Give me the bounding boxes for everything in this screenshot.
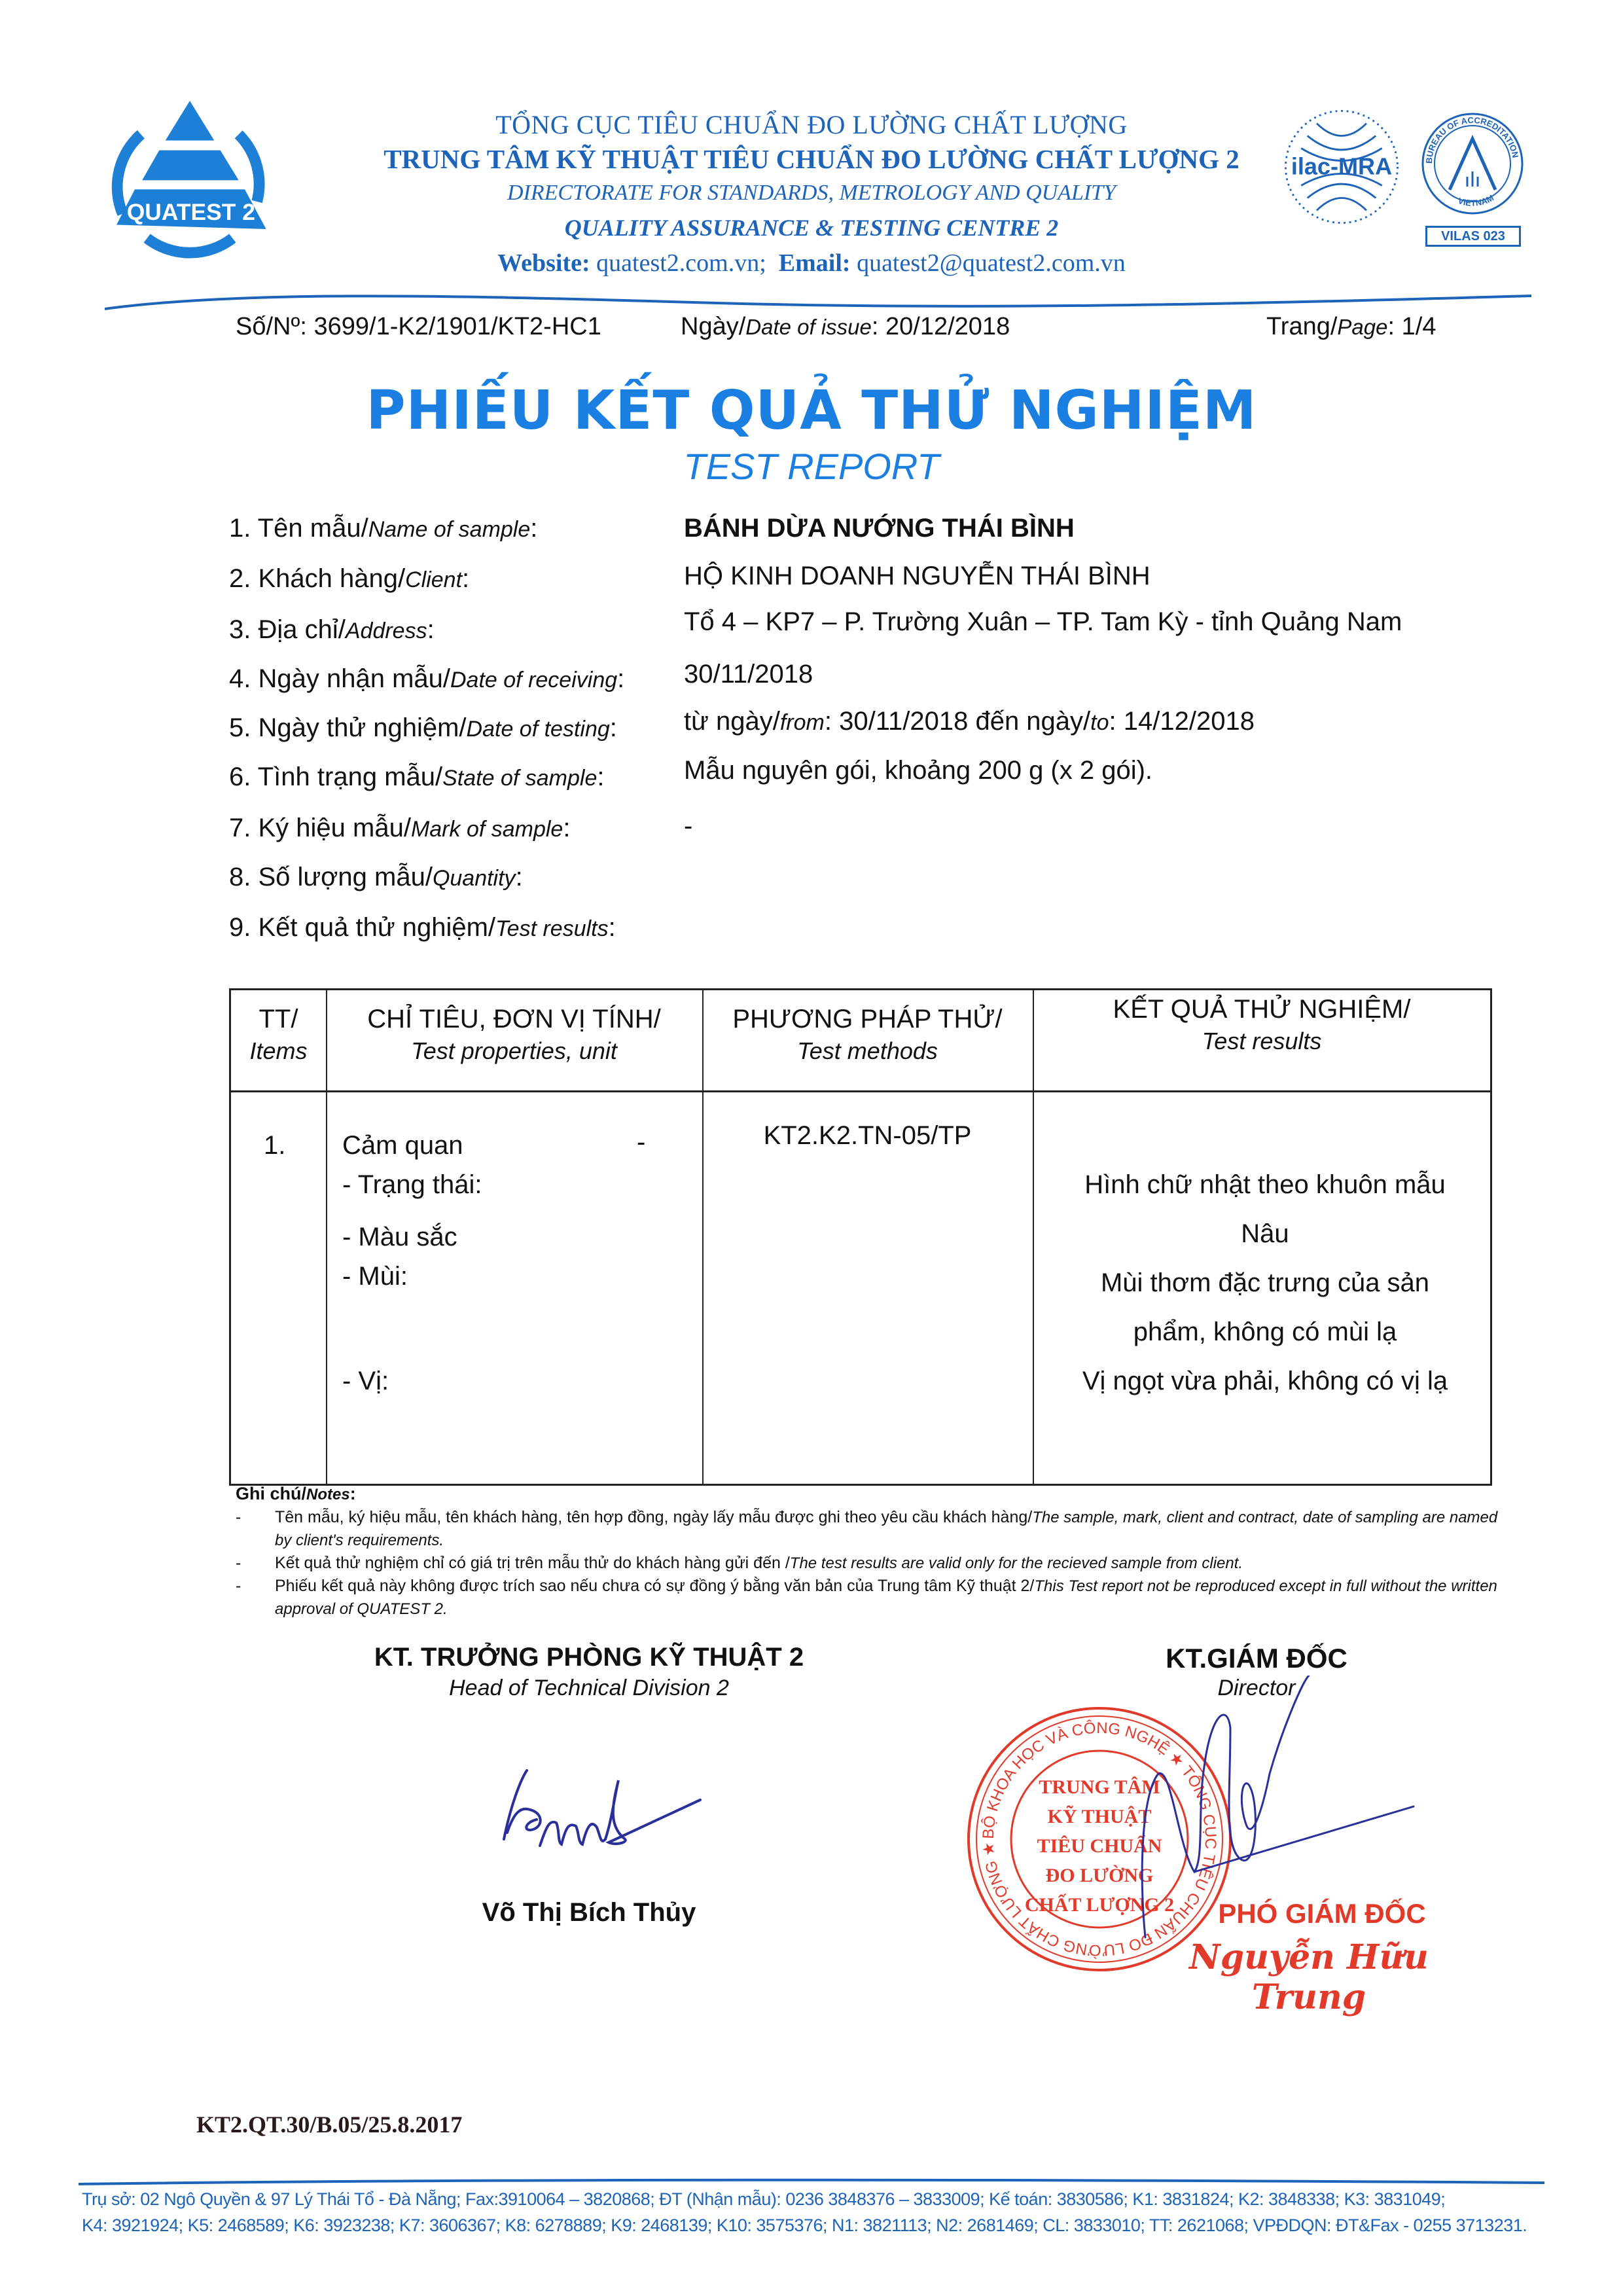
- field-client-label: 2. Khách hàng/Client:: [229, 564, 469, 594]
- left-signer-subtitle: Head of Technical Division 2: [327, 1676, 851, 1701]
- sub-property-odor: - Mùi:: [342, 1262, 408, 1291]
- left-signer-name: Võ Thị Bích Thủy: [327, 1898, 851, 1928]
- field-sample-name-label: 1. Tên mẫu/Name of sample:: [229, 514, 537, 543]
- notes-header: Ghi chú/Notes:: [236, 1482, 1499, 1506]
- field-mark-label: 7. Ký hiệu mẫu/Mark of sample:: [229, 814, 570, 843]
- results-table: TT/Items CHỈ TIÊU, ĐƠN VỊ TÍNH/Test prop…: [229, 988, 1492, 1486]
- left-signature-icon: [484, 1767, 746, 1859]
- org-name-en: QUALITY ASSURANCE & TESTING CENTRE 2: [314, 210, 1309, 245]
- field-sample-name-value: BÁNH DỪA NƯỚNG THÁI BÌNH: [684, 514, 1075, 543]
- note-item: -Phiếu kết quả này không được trích sao …: [236, 1575, 1499, 1621]
- bureau-of-accreditation-logo: BUREAU OF ACCREDITATION VIETNAM: [1420, 111, 1525, 216]
- result-color: Nâu: [1039, 1219, 1491, 1249]
- header-test-properties: CHỈ TIÊU, ĐƠN VỊ TÍNH/Test properties, u…: [326, 1003, 702, 1067]
- row-method: KT2.K2.TN-05/TP: [702, 1121, 1033, 1151]
- footer-address-line2: K4: 3921924; K5: 2468589; K6: 3923238; K…: [82, 2215, 1587, 2236]
- right-signer-title: KT.GIÁM ĐỐC: [1060, 1643, 1453, 1674]
- header-items: TT/Items: [231, 1003, 326, 1067]
- svg-text:ilac-MRA: ilac-MRA: [1291, 152, 1392, 179]
- sub-property-taste: - Vị:: [342, 1367, 389, 1396]
- report-number: Số/Nº: 3699/1-K2/1901/KT2-HC1: [236, 313, 601, 341]
- field-receiving-date-label: 4. Ngày nhận mẫu/Date of receiving:: [229, 664, 624, 694]
- org-parent-name: TỔNG CỤC TIÊU CHUẨN ĐO LƯỜNG CHẤT LƯỢNG: [314, 108, 1309, 142]
- email-label: Email:: [779, 249, 851, 277]
- note-item: -Kết quả thử nghiệm chỉ có giá trị trên …: [236, 1552, 1499, 1575]
- vilas-badge: VILAS 023: [1425, 226, 1521, 247]
- header-test-methods: PHƯƠNG PHÁP THỬ/Test methods: [702, 1003, 1033, 1067]
- quatest2-logo: QUATEST 2: [98, 92, 281, 275]
- field-mark-value: -: [684, 812, 692, 841]
- organization-header: TỔNG CỤC TIÊU CHUẨN ĐO LƯỜNG CHẤT LƯỢNG …: [314, 108, 1309, 281]
- row-property: Cảm quan: [342, 1131, 463, 1160]
- document-subtitle: TEST REPORT: [0, 445, 1623, 488]
- result-odor-line2: phẩm, không có mùi lạ: [1039, 1318, 1491, 1347]
- left-signer-title: KT. TRƯỞNG PHÒNG KỸ THUẬT 2: [327, 1643, 851, 1672]
- field-client-value: HỘ KINH DOANH NGUYỄN THÁI BÌNH: [684, 562, 1150, 591]
- field-state-value: Mẫu nguyên gói, khoảng 200 g (x 2 gói).: [684, 756, 1152, 785]
- document-title: PHIẾU KẾT QUẢ THỬ NGHIỆM: [0, 380, 1623, 442]
- website-link[interactable]: quatest2.com.vn;: [596, 249, 766, 277]
- svg-text:VIETNAM: VIETNAM: [1457, 192, 1495, 207]
- header-test-results: KẾT QUẢ THỬ NGHIỆM/Test results: [1033, 994, 1491, 1057]
- field-receiving-date-value: 30/11/2018: [684, 660, 813, 689]
- svg-text:QUATEST 2: QUATEST 2: [127, 199, 255, 225]
- row-unit: -: [637, 1128, 645, 1157]
- vice-director-name: Nguyễn Hữu Trung: [1139, 1937, 1479, 2017]
- issue-date: Ngày/Date of issue: 20/12/2018: [681, 313, 1010, 341]
- field-testing-date-label: 5. Ngày thử nghiệm/Date of testing:: [229, 713, 617, 743]
- field-state-label: 6. Tình trạng mẫu/State of sample:: [229, 762, 605, 792]
- email-link[interactable]: quatest2@quatest2.com.vn: [857, 249, 1126, 277]
- org-name: TRUNG TÂM KỸ THUẬT TIÊU CHUẨN ĐO LƯỜNG C…: [314, 142, 1309, 176]
- org-parent-name-en: DIRECTORATE FOR STANDARDS, METROLOGY AND…: [314, 176, 1309, 210]
- field-quantity-label: 8. Số lượng mẫu/Quantity:: [229, 863, 523, 892]
- result-taste: Vị ngọt vừa phải, không có vị lạ: [1039, 1367, 1491, 1396]
- note-item: -Tên mẫu, ký hiệu mẫu, tên khách hàng, t…: [236, 1506, 1499, 1552]
- ilac-mra-logo: ilac-MRA: [1279, 105, 1404, 229]
- notes-section: Ghi chú/Notes: -Tên mẫu, ký hiệu mẫu, tê…: [236, 1482, 1499, 1621]
- row-item-number: 1.: [264, 1131, 285, 1160]
- contact-line: Website: quatest2.com.vn; Email: quatest…: [314, 245, 1309, 281]
- website-label: Website:: [497, 249, 590, 277]
- footer-address-line1: Trụ sở: 02 Ngô Quyền & 97 Lý Thái Tổ - Đ…: [82, 2189, 1587, 2210]
- vice-director-role: PHÓ GIÁM ĐỐC: [1191, 1898, 1453, 1929]
- sub-property-color: - Màu sắc: [342, 1223, 457, 1252]
- sub-property-state: - Trạng thái:: [342, 1170, 482, 1200]
- field-testing-date-value: từ ngày/from: 30/11/2018 đến ngày/to: 14…: [684, 707, 1255, 736]
- field-test-results-label: 9. Kết quả thử nghiệm/Test results:: [229, 913, 616, 942]
- field-address-label: 3. Địa chỉ/Address:: [229, 615, 435, 645]
- header-divider: [105, 288, 1531, 314]
- form-code: KT2.QT.30/B.05/25.8.2017: [196, 2111, 462, 2138]
- result-state: Hình chữ nhật theo khuôn mẫu: [1039, 1170, 1491, 1200]
- result-odor-line1: Mùi thơm đặc trưng của sản: [1039, 1268, 1491, 1298]
- field-address-value: Tổ 4 – KP7 – P. Trường Xuân – TP. Tam Kỳ…: [684, 607, 1402, 637]
- footer-divider: [79, 2176, 1544, 2189]
- page-number: Trang/Page: 1/4: [1266, 313, 1436, 341]
